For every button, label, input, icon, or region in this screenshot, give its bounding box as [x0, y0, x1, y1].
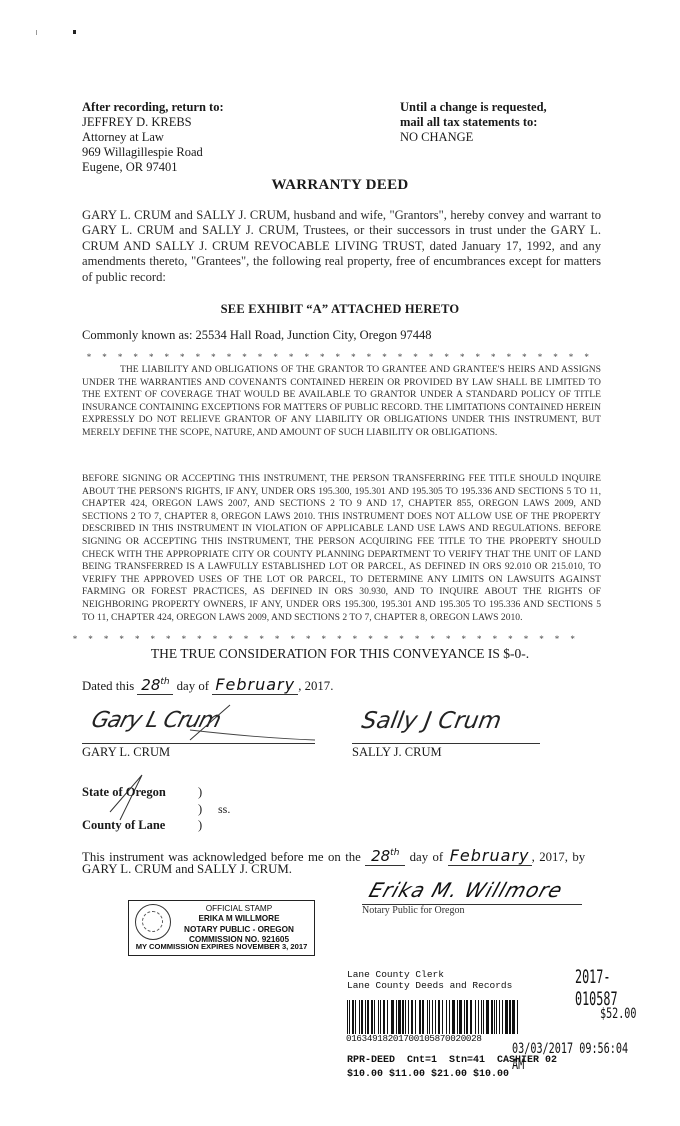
exhibit-reference: SEE EXHIBIT “A” ATTACHED HERETO — [0, 302, 680, 317]
grantor2-name: SALLY J. CRUM — [352, 745, 442, 760]
separator-bottom: * * * * * * * * * * * * * * * * * * * * … — [0, 634, 666, 644]
tax-heading-line2: mail all tax statements to: — [400, 115, 547, 130]
document-title: WARRANTY DEED — [0, 177, 680, 194]
grantor2-signature: Sally J Crum — [360, 708, 504, 734]
return-to-title: Attorney at Law — [82, 130, 224, 145]
dated-middle: day of — [177, 679, 209, 693]
scan-speck — [73, 30, 76, 34]
ack-day-handwritten: 28th — [365, 847, 405, 866]
venue-paren-1: ) — [198, 785, 202, 800]
consideration-statement: THE TRUE CONSIDERATION FOR THIS CONVEYAN… — [0, 646, 680, 662]
notary-stamp: OFFICIAL STAMP ERIKA M WILLMORE NOTARY P… — [128, 900, 315, 956]
recorder-office-line2: Lane County Deeds and Records — [347, 980, 512, 991]
conveyance-paragraph: GARY L. CRUM and SALLY J. CRUM, husband … — [82, 208, 601, 285]
separator-top: * * * * * * * * * * * * * * * * * * * * … — [0, 352, 680, 362]
grantor2-signature-line — [352, 743, 540, 744]
return-to-heading: After recording, return to: — [82, 100, 224, 115]
statutory-paragraph: BEFORE SIGNING OR ACCEPTING THIS INSTRUM… — [82, 473, 601, 624]
dated-day-handwritten: 28th — [137, 676, 173, 695]
stamp-line2: ERIKA M WILLMORE — [175, 914, 303, 924]
recording-barcode — [347, 1000, 519, 1034]
dated-prefix: Dated this — [82, 679, 134, 693]
tax-heading-line1: Until a change is requested, — [400, 100, 547, 115]
notary-caption: Notary Public for Oregon — [362, 905, 464, 916]
grantor1-name: GARY L. CRUM — [82, 745, 170, 760]
dated-line: Dated this 28th day of February, 2017. — [82, 675, 333, 695]
ack-suffix: , 2017, by — [532, 850, 586, 864]
grantor1-signature-line — [82, 743, 315, 744]
notary-signature: Erika M. Willmore — [366, 878, 566, 902]
stamp-line1: OFFICIAL STAMP — [175, 904, 303, 914]
return-to-name: JEFFREY D. KREBS — [82, 115, 224, 130]
venue-county: County of Lane — [82, 818, 165, 833]
return-to-city: Eugene, OR 97401 — [82, 160, 224, 175]
scan-speck — [36, 30, 37, 35]
acknowledgment-line2: GARY L. CRUM and SALLY J. CRUM. — [82, 862, 292, 877]
property-address: Commonly known as: 25534 Hall Road, Junc… — [82, 328, 432, 343]
tax-statements-value: NO CHANGE — [400, 130, 547, 145]
venue-paren-3: ) — [198, 818, 202, 833]
venue-state: State of Oregon — [82, 785, 166, 800]
recording-fee: $52.00 — [600, 1006, 636, 1022]
venue-ss: ss. — [218, 802, 230, 817]
stamp-line3: NOTARY PUBLIC - OREGON — [175, 925, 303, 935]
return-to-street: 969 Willagillespie Road — [82, 145, 224, 160]
dated-month-handwritten: February — [212, 675, 298, 695]
liability-paragraph: THE LIABILITY AND OBLIGATIONS OF THE GRA… — [82, 364, 601, 440]
tax-statements-block: Until a change is requested, mail all ta… — [400, 100, 547, 145]
ack-month-handwritten: February — [448, 846, 532, 866]
return-to-block: After recording, return to: JEFFREY D. K… — [82, 100, 224, 175]
barcode-number: 01634918201700105870020028 — [346, 1033, 482, 1044]
ack-middle: day of — [410, 850, 444, 864]
recording-transaction: RPR-DEED Cnt=1 Stn=41 CASHIER 02 — [347, 1055, 557, 1066]
stamp-line5: MY COMMISSION EXPIRES NOVEMBER 3, 2017 — [129, 942, 314, 952]
notary-stamp-text: OFFICIAL STAMP ERIKA M WILLMORE NOTARY P… — [175, 904, 303, 946]
recording-fees-breakdown: $10.00 $11.00 $21.00 $10.00 — [347, 1069, 509, 1080]
dated-suffix: , 2017. — [298, 679, 333, 693]
recorder-office-line1: Lane County Clerk — [347, 969, 444, 980]
recording-document-number: 2017-010587 — [575, 966, 640, 1010]
liability-text: THE LIABILITY AND OBLIGATIONS OF THE GRA… — [82, 364, 601, 438]
oregon-state-seal-icon — [135, 904, 171, 940]
venue-paren-2: ) — [198, 802, 202, 817]
